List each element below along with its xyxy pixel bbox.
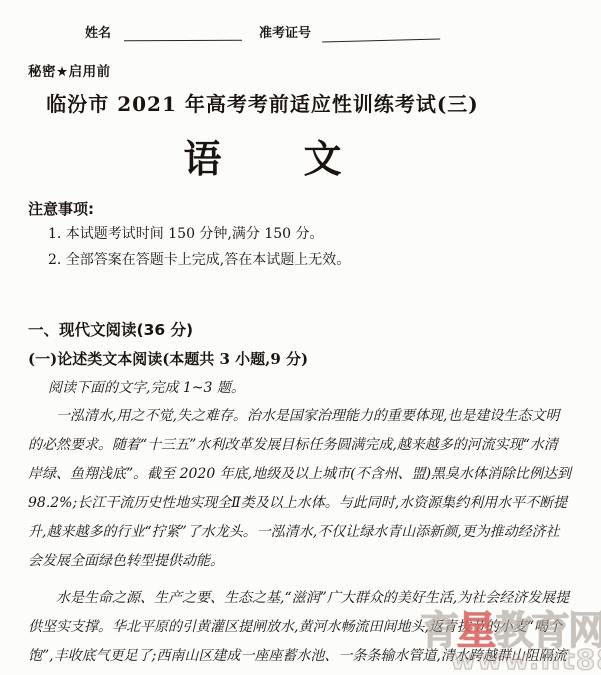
subject-char-left: 语 xyxy=(183,136,221,181)
notice-items: 1. 本试题考试时间 150 分钟,满分 150 分。 2. 全部答案在答题卡上… xyxy=(48,221,350,273)
watermark-url: www.ht88.com xyxy=(450,643,601,675)
notice-item-1: 1. 本试题考试时间 150 分钟,满分 150 分。 xyxy=(48,221,350,247)
name-blank-line xyxy=(124,26,242,42)
reading-instruction: 阅读下面的文字,完成 1~3 题。 xyxy=(48,377,245,397)
ticket-blank-line xyxy=(322,25,440,43)
notice-item-2: 2. 全部答案在答题卡上完成,答在本试题上无效。 xyxy=(48,247,350,273)
passage-paragraph-1: 一泓清水,用之不觉,失之难存。治水是国家治理能力的重要体现,也是建设生态文明的必… xyxy=(28,402,540,576)
name-label: 姓名 xyxy=(85,26,111,41)
exam-title: 临汾市 2021 年高考考前适应性训练考试(三) xyxy=(0,88,525,117)
header-fill-in-row: 姓名准考证号 xyxy=(85,22,440,41)
exam-paper-page: 姓名准考证号 秘密★启用前 临汾市 2021 年高考考前适应性训练考试(三) 语… xyxy=(0,0,601,675)
secrecy-label: 秘密★启用前 xyxy=(28,60,111,80)
subsection-heading: (一)论述类文本阅读(本题共 3 小题,9 分) xyxy=(28,348,308,369)
subject-char-right: 文 xyxy=(304,136,342,181)
section-heading: 一、现代文阅读(36 分) xyxy=(28,318,193,340)
subject-title: 语文 xyxy=(0,128,525,183)
notice-heading: 注意事项: xyxy=(28,198,94,219)
ticket-label: 准考证号 xyxy=(259,26,311,41)
